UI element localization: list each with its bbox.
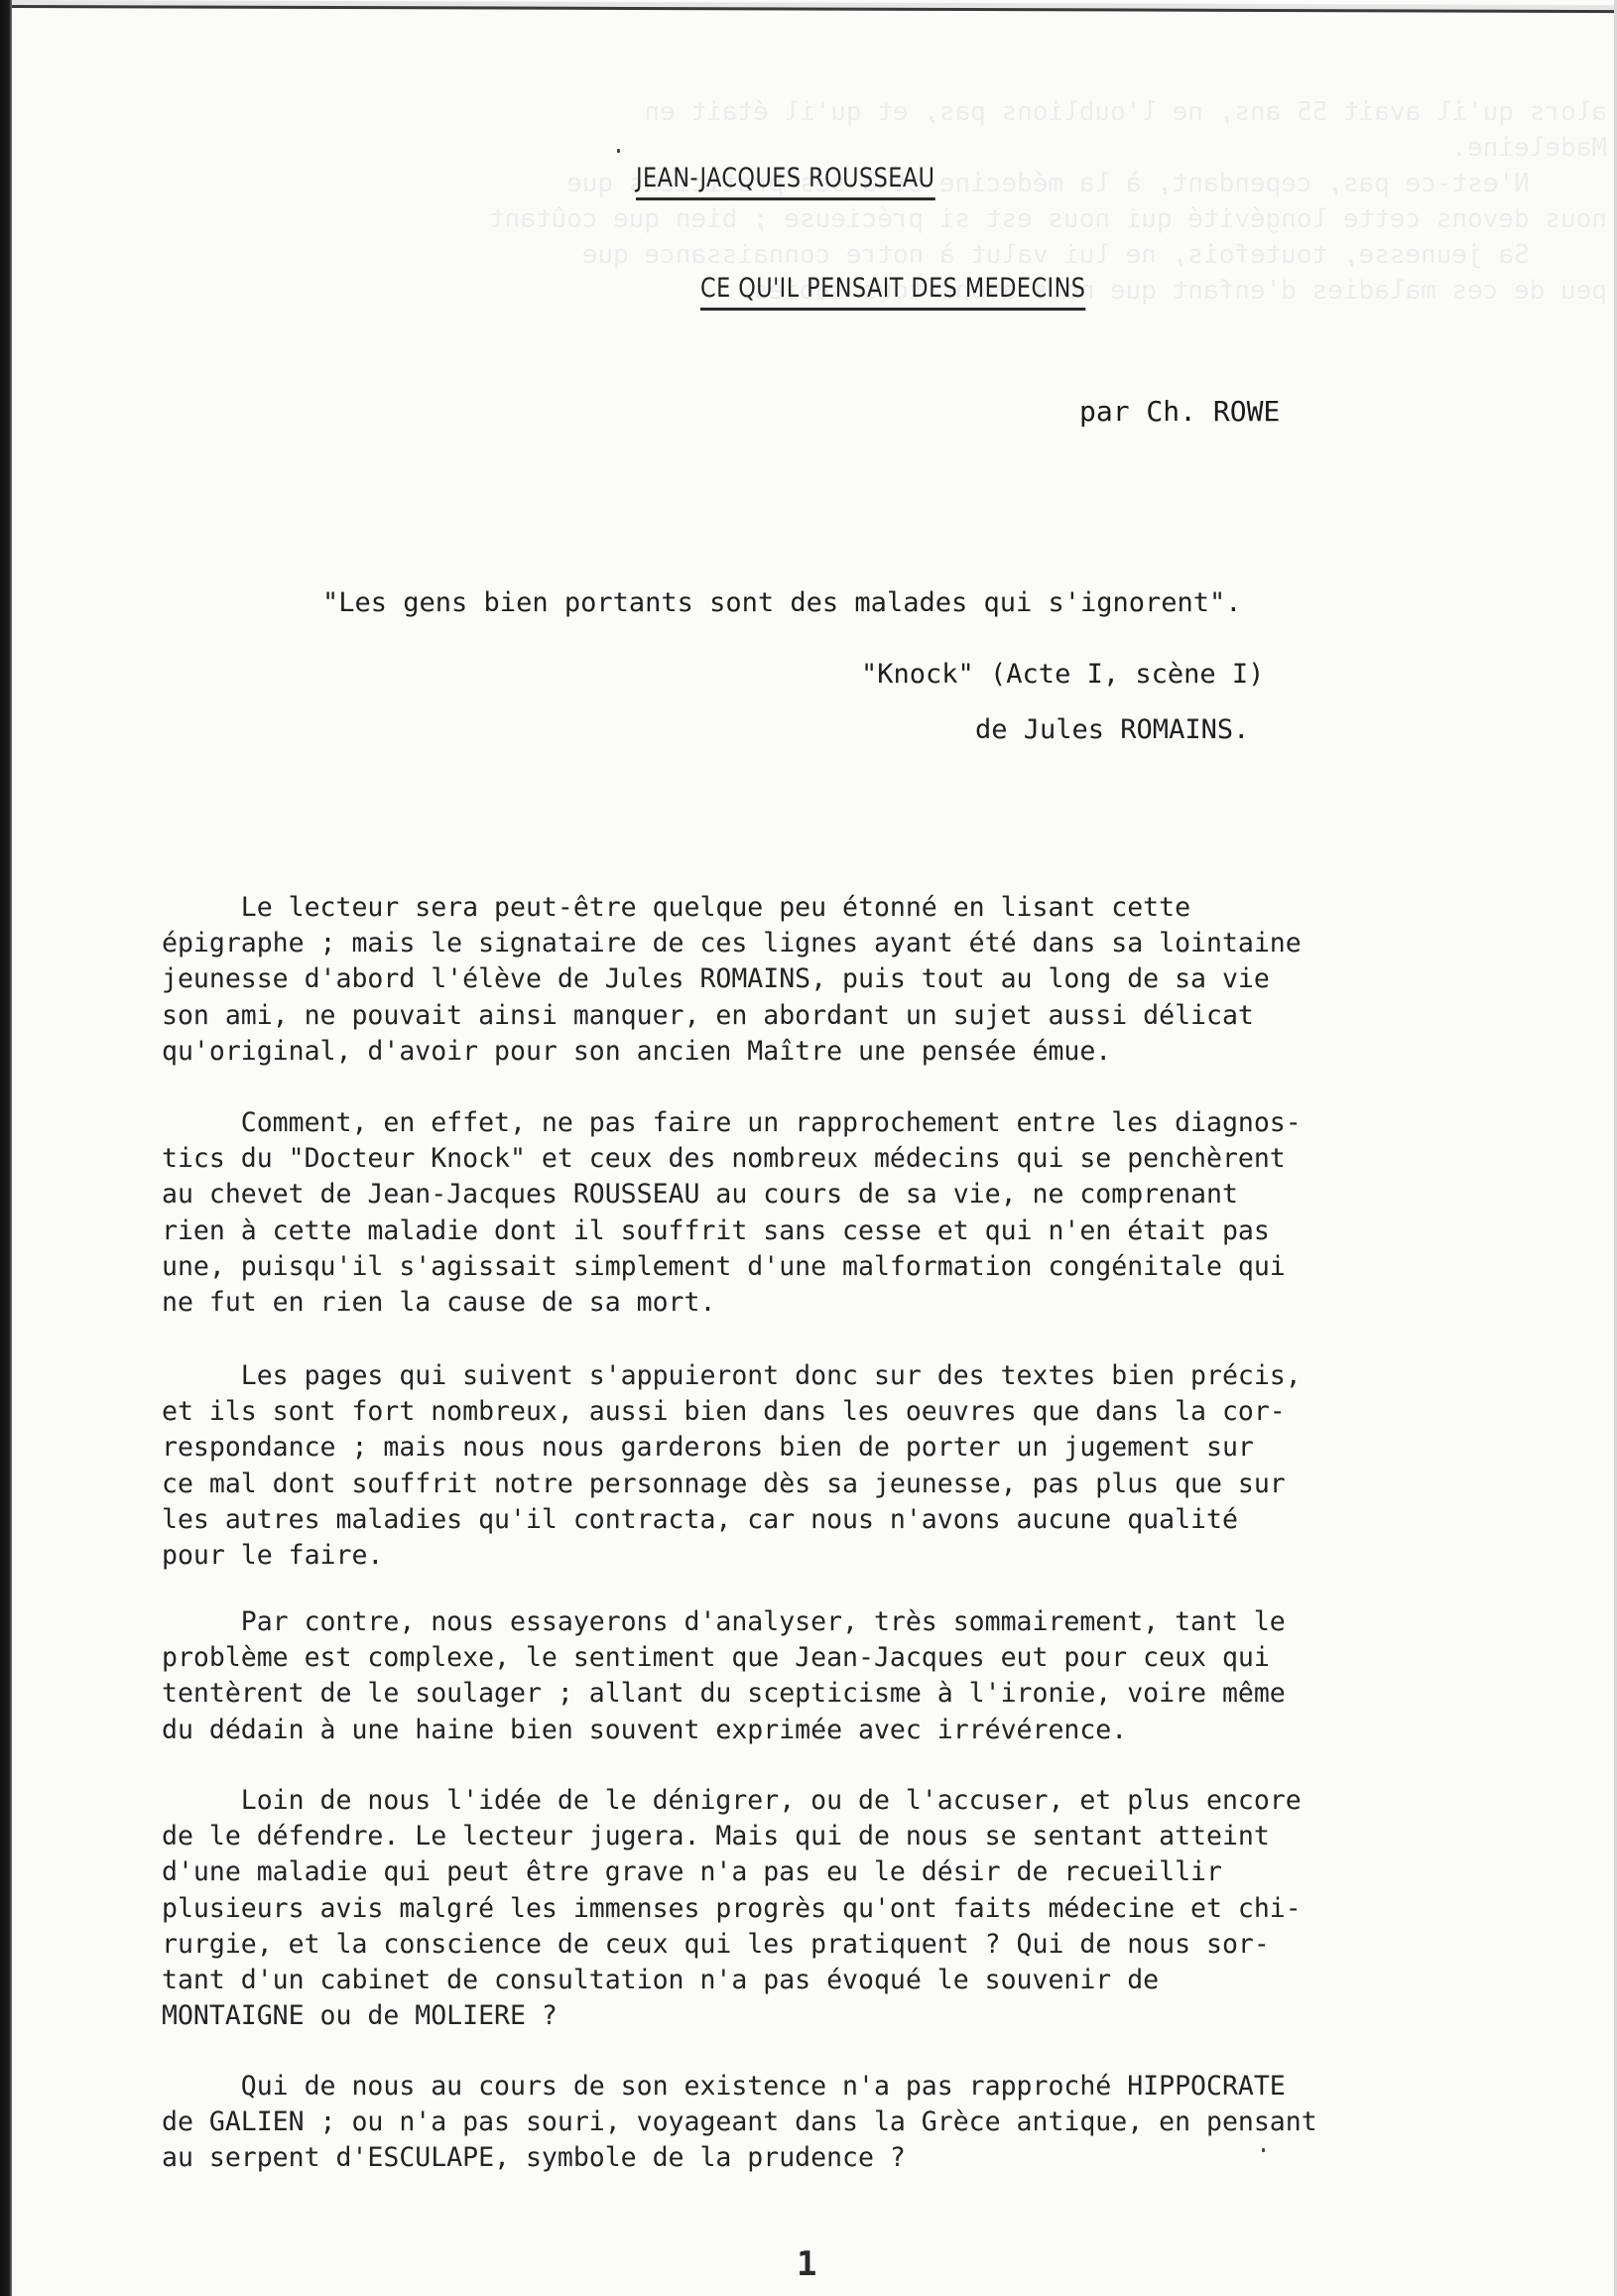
document-title: JEAN-JACQUES ROUSSEAU <box>636 163 934 200</box>
epigraph-source: "Knock" (Acte I, scène I) <box>861 659 1264 690</box>
paragraph: Loin de nous l'idée de le dénigrer, ou d… <box>162 1783 1590 2034</box>
paragraph: Par contre, nous essayerons d'analyser, … <box>162 1604 1590 1748</box>
scan-speck <box>617 149 620 153</box>
document-page: JEAN-JACQUES ROUSSEAU CE QU'IL PENSAIT D… <box>0 0 1617 2296</box>
author-byline: par Ch. ROWE <box>1079 395 1280 428</box>
paragraph: Qui de nous au cours de son existence n'… <box>162 2069 1590 2177</box>
epigraph-author: de Jules ROMAINS. <box>975 714 1249 745</box>
paragraph: Les pages qui suivent s'appuieront donc … <box>162 1358 1590 1574</box>
scan-speck <box>1262 2148 1265 2152</box>
epigraph-quote: "Les gens bien portants sont des malades… <box>322 587 1242 618</box>
paragraph: Comment, en effet, ne pas faire un rappr… <box>162 1105 1590 1321</box>
paragraph: Le lecteur sera peut-être quelque peu ét… <box>162 890 1590 1070</box>
page-number: 1 <box>797 2244 816 2284</box>
document-subtitle: CE QU'IL PENSAIT DES MEDECINS <box>700 273 1085 311</box>
